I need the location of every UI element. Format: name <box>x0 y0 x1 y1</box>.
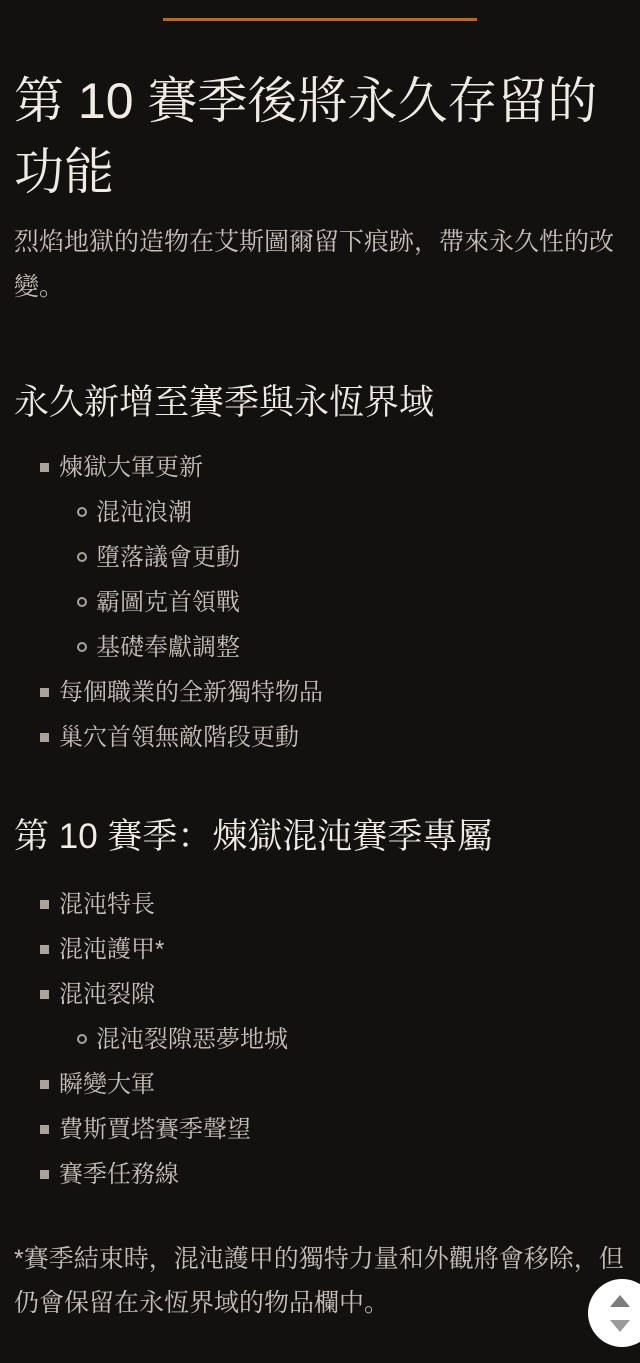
list-item-label: 混沌特長 <box>59 882 155 927</box>
bullet-circle-icon <box>77 597 87 607</box>
bullet-square-icon <box>40 945 49 954</box>
list-item: 墮落議會更動 <box>0 535 640 580</box>
bullet-square-icon <box>40 1125 49 1134</box>
article-page: 第 10 賽季後將永久存留的功能 烈焰地獄的造物在艾斯圖爾留下痕跡，帶來永久性的… <box>0 0 640 1363</box>
list-item-label: 墮落議會更動 <box>96 535 240 580</box>
scroll-arrows <box>610 1295 630 1332</box>
list-item-label: 基礎奉獻調整 <box>96 625 240 670</box>
list-item-label: 賽季任務線 <box>59 1152 179 1197</box>
chevron-down-icon[interactable] <box>610 1320 630 1332</box>
scroll-button[interactable] <box>588 1279 640 1347</box>
list-item: 煉獄大軍更新 <box>0 445 640 490</box>
section-heading-permanent: 永久新增至賽季與永恆界域 <box>14 380 626 426</box>
list-item: 瞬變大軍 <box>0 1062 640 1107</box>
section-divider <box>163 18 477 21</box>
bullet-circle-icon <box>77 552 87 562</box>
list-item-label: 混沌裂隙 <box>59 972 155 1017</box>
list-item: 賽季任務線 <box>0 1152 640 1197</box>
list-item-label: 混沌裂隙惡夢地城 <box>96 1017 288 1062</box>
bullet-circle-icon <box>77 507 87 517</box>
season-exclusive-list: 混沌特長 混沌護甲* 混沌裂隙 混沌裂隙惡夢地城 瞬變大軍 費斯賈塔賽季聲望 賽… <box>0 882 640 1197</box>
list-item: 混沌裂隙惡夢地城 <box>0 1017 640 1062</box>
list-item-label: 費斯賈塔賽季聲望 <box>59 1107 251 1152</box>
list-item: 混沌裂隙 <box>0 972 640 1017</box>
list-item-label: 每個職業的全新獨特物品 <box>59 670 323 715</box>
bullet-square-icon <box>40 733 49 742</box>
list-item-label: 混沌護甲* <box>59 927 164 972</box>
page-title: 第 10 賽季後將永久存留的功能 <box>14 66 626 208</box>
list-item: 霸圖克首領戰 <box>0 580 640 625</box>
footnote-text: *賽季結束時，混沌護甲的獨特力量和外觀將會移除，但仍會保留在永恆界域的物品欄中。 <box>14 1237 626 1325</box>
bullet-square-icon <box>40 900 49 909</box>
bullet-square-icon <box>40 463 49 472</box>
bullet-square-icon <box>40 688 49 697</box>
section-heading-season-exclusive: 第 10 賽季：煉獄混沌賽季專屬 <box>14 814 626 860</box>
bullet-circle-icon <box>77 1034 87 1044</box>
bullet-square-icon <box>40 1080 49 1089</box>
list-item-label: 煉獄大軍更新 <box>59 445 203 490</box>
list-item: 混沌護甲* <box>0 927 640 972</box>
list-item: 巢穴首領無敵階段更動 <box>0 715 640 760</box>
intro-paragraph: 烈焰地獄的造物在艾斯圖爾留下痕跡，帶來永久性的改變。 <box>14 220 626 310</box>
bullet-square-icon <box>40 990 49 999</box>
bullet-circle-icon <box>77 642 87 652</box>
list-item: 混沌特長 <box>0 882 640 927</box>
list-item: 費斯賈塔賽季聲望 <box>0 1107 640 1152</box>
list-item: 混沌浪潮 <box>0 490 640 535</box>
list-item-label: 巢穴首領無敵階段更動 <box>59 715 299 760</box>
bullet-square-icon <box>40 1170 49 1179</box>
chevron-up-icon[interactable] <box>610 1295 630 1307</box>
list-item-label: 瞬變大軍 <box>59 1062 155 1107</box>
list-item-label: 霸圖克首領戰 <box>96 580 240 625</box>
list-item: 基礎奉獻調整 <box>0 625 640 670</box>
list-item-label: 混沌浪潮 <box>96 490 192 535</box>
list-item: 每個職業的全新獨特物品 <box>0 670 640 715</box>
permanent-additions-list: 煉獄大軍更新 混沌浪潮 墮落議會更動 霸圖克首領戰 基礎奉獻調整 每個職業的全新… <box>0 445 640 760</box>
